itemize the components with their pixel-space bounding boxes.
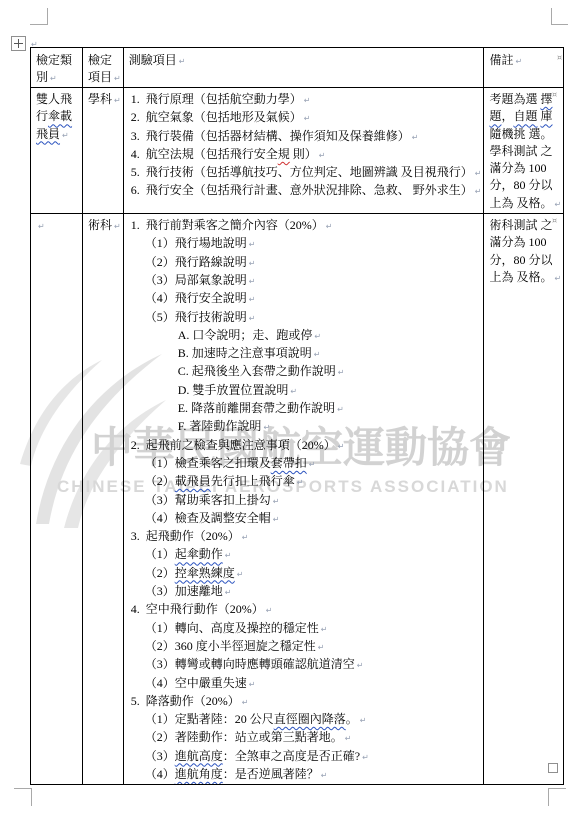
test-item-line: （3）局部氣象說明 xyxy=(129,272,482,290)
test-item-line: 3. 飛行裝備（包括器材結構、操作須知及保養維修） xyxy=(129,128,482,146)
text-segment: ， xyxy=(501,109,513,123)
remark-line: 上為 及格。 xyxy=(489,195,561,213)
remark-line: 分，80 分以 xyxy=(489,177,561,194)
cell-category-practical xyxy=(31,214,83,785)
text-segment: （3）轉彎或轉向時應轉頭確認航道清空 xyxy=(145,657,355,671)
header-label-subject: 檢定項目 xyxy=(83,48,123,87)
test-item-line: 2. 起飛前之檢查與應注意事項（20%） xyxy=(129,437,482,455)
test-item-line: （3）幫助乘客扣上掛勾 xyxy=(129,492,482,510)
misspelled-word: 題 xyxy=(489,109,501,123)
misspelled-word: 控傘熟練度 xyxy=(175,566,235,580)
test-item-line: （1）飛行場地說明 xyxy=(129,235,482,253)
cell-remark-practical: 術科測試 之滿分為 100分，80 分以上為 及格。 xyxy=(484,214,564,785)
row-end-mark: ¤ xyxy=(552,90,557,99)
misspelled-word: 套帶扣 xyxy=(271,456,307,470)
text-segment: （3） xyxy=(145,749,175,763)
test-item-line: （4）空中嚴重失速 xyxy=(129,675,482,693)
remark-text[interactable]: 術科測試 之滿分為 100分，80 分以上為 及格。 xyxy=(484,214,563,287)
text-segment: （2）飛行路線說明 xyxy=(145,255,247,269)
text-segment: 則） xyxy=(290,147,317,161)
test-item-line: （3）轉彎或轉向時應轉頭確認航道清空 xyxy=(129,656,482,674)
text-segment: B. 加速時之注意事項說明 xyxy=(178,346,312,360)
text-segment: （3）加速離地 xyxy=(145,584,223,598)
text-segment: 考題為選 xyxy=(489,92,540,106)
misspelled-word: 起傘動作 xyxy=(175,547,223,561)
text-segment: （3）幫助乘客扣上掛勾 xyxy=(145,493,271,507)
misspelled-word: 飛員 xyxy=(36,127,60,141)
header-cell-test-items: 測驗項目 xyxy=(123,48,484,88)
text-segment: A. 口令說明；走、跑或停 xyxy=(178,328,313,342)
text-segment: （4）飛行安全說明 xyxy=(145,291,247,305)
test-item-line: （2）著陸動作：站立或第三點著地。 xyxy=(129,729,482,747)
text-segment: 分，80 分以 xyxy=(489,178,552,192)
cell-subject-academic: 學科 xyxy=(83,88,124,214)
word-document-page: 中華民國航空運動協會 CHINESE TAIPEI AEROSPORTS ASS… xyxy=(0,0,576,819)
text-segment: 4. 空中飛行動作（20%） xyxy=(131,602,264,616)
text-segment: （1）轉向、高度及操控的穩定性 xyxy=(145,621,319,635)
test-item-line: 1. 飛行前對乘客之簡介內容（20%） xyxy=(129,217,482,235)
text-segment: 。 xyxy=(346,712,358,726)
test-items-text[interactable]: 1. 飛行前對乘客之簡介內容（20%）（1）飛行場地說明（2）飛行路線說明（3）… xyxy=(124,214,484,784)
table-move-handle-icon[interactable] xyxy=(11,36,26,51)
cell-items-academic: 1. 飛行原理（包括航空動力學）2. 航空氣象（包括地形及氣候）3. 飛行裝備（… xyxy=(123,88,484,214)
test-item-line: F. 著陸動作說明 xyxy=(129,418,482,436)
test-item-line: 5. 降落動作（20%） xyxy=(129,693,482,711)
certification-table: 檢定類別 檢定項目 測驗項目 備註 雙人飛行傘載飛員 學科 1. 飛行原理（包括… xyxy=(30,47,564,785)
text-segment: （1）檢查乘客之扣環及 xyxy=(145,456,271,470)
text-segment: 3. 起飛動作（20%） xyxy=(131,529,240,543)
misspelled-word: 自題 xyxy=(513,109,537,123)
text-segment: （4） xyxy=(145,767,175,781)
test-item-line: （4）進航角度：是否逆風著陸？ xyxy=(129,766,482,784)
text-segment: （2）360 度小半徑迴旋之穩定性 xyxy=(145,639,316,653)
test-item-line: （1）定點著陸：20 公尺直徑圈內降落。 xyxy=(129,711,482,729)
header-label-remarks: 備註 xyxy=(484,48,563,71)
text-segment: （2） xyxy=(145,474,175,488)
text-segment: D. 雙手放置位置說明 xyxy=(178,383,289,397)
cell-remark-academic: 考題為選 擇題，自題 庫隨機挑 選。學科測試 之滿分為 100分，80 分以上為… xyxy=(484,88,564,214)
remark-line: 術科測試 之 xyxy=(489,217,561,234)
table-header-row: 檢定類別 檢定項目 測驗項目 備註 xyxy=(31,48,564,88)
subject-text[interactable]: 術科 xyxy=(83,214,123,235)
misspelled-word: 傘載 xyxy=(48,109,72,123)
test-item-line: （1）起傘動作 xyxy=(129,546,482,564)
test-item-line: （5）飛行技術說明 xyxy=(129,309,482,327)
test-item-line: D. 雙手放置位置說明 xyxy=(129,382,482,400)
cell-subject-practical: 術科 xyxy=(83,214,124,785)
text-segment: C. 起飛後坐入套帶之動作說明 xyxy=(178,364,336,378)
text-segment: （4）檢查及調整安全帽 xyxy=(145,511,271,525)
test-item-line: 2. 航空氣象（包括地形及氣候） xyxy=(129,109,482,127)
header-label-category: 檢定類別 xyxy=(31,48,82,87)
margin-corner-mark-top-right xyxy=(551,8,568,25)
test-item-line: （2）控傘熟練度 xyxy=(129,565,482,583)
misspelled-word: 庫 xyxy=(540,109,552,123)
misspelled-word: 載飛員 xyxy=(175,474,211,488)
text-segment: 6. 飛行安全（包括飛行計畫、意外狀況排除、急救、 野外求生） xyxy=(131,183,473,197)
misspelled-word: 直徑圈內降落 xyxy=(274,712,346,726)
remark-line: 滿分為 100 xyxy=(489,234,561,251)
category-text[interactable] xyxy=(31,214,82,235)
test-item-line: 4. 航空法規（包括飛行安全規 則） xyxy=(129,146,482,164)
table-row: 術科 1. 飛行前對乘客之簡介內容（20%）（1）飛行場地說明（2）飛行路線說明… xyxy=(31,214,564,785)
test-item-line: （4）飛行安全說明 xyxy=(129,290,482,308)
test-item-line: 5. 飛行技術（包括導航技巧、方位判定、地圖辨識 及目視飛行） xyxy=(129,164,482,182)
text-segment: 5. 降落動作（20%） xyxy=(131,694,240,708)
remark-line: 分，80 分以 xyxy=(489,252,561,269)
test-item-line: E. 降落前離開套帶之動作說明 xyxy=(129,400,482,418)
remark-line: 考題為選 擇 xyxy=(489,91,561,108)
remark-text[interactable]: 考題為選 擇題，自題 庫隨機挑 選。學科測試 之滿分為 100分，80 分以上為… xyxy=(484,88,563,213)
misspelled-word: 規 xyxy=(278,147,290,161)
misspelled-word: 擇 xyxy=(540,92,552,106)
test-item-line: 6. 飛行安全（包括飛行計畫、意外狀況排除、急救、 野外求生） xyxy=(129,182,482,200)
text-segment: 學科測試 之 xyxy=(489,144,552,158)
test-item-line: （4）檢查及調整安全帽 xyxy=(129,510,482,528)
text-segment: （2）著陸動作：站立或第三點著地。 xyxy=(145,730,343,744)
margin-corner-mark-top-left xyxy=(30,8,48,25)
text-segment: 分，80 分以 xyxy=(489,253,552,267)
cell-items-practical: 1. 飛行前對乘客之簡介內容（20%）（1）飛行場地說明（2）飛行路線說明（3）… xyxy=(123,214,484,785)
text-segment: E. 降落前離開套帶之動作說明 xyxy=(178,401,335,415)
header-cell-subject: 檢定項目 xyxy=(83,48,124,88)
test-item-line: （1）轉向、高度及操控的穩定性 xyxy=(129,620,482,638)
test-item-line: 3. 起飛動作（20%） xyxy=(129,528,482,546)
remark-line: 題，自題 庫 xyxy=(489,108,561,125)
test-items-text[interactable]: 1. 飛行原理（包括航空動力學）2. 航空氣象（包括地形及氣候）3. 飛行裝備（… xyxy=(124,88,484,201)
text-segment: 1. 飛行原理（包括航空動力學） xyxy=(131,92,302,106)
remark-line: 學科測試 之 xyxy=(489,143,561,160)
header-cell-category: 檢定類別 xyxy=(31,48,83,88)
margin-corner-mark-bottom-left xyxy=(14,788,32,806)
row-end-mark: ¤ xyxy=(557,53,562,62)
test-item-line: B. 加速時之注意事項說明 xyxy=(129,345,482,363)
text-segment: （1） xyxy=(145,547,175,561)
test-item-line: （3）加速離地 xyxy=(129,583,482,601)
misspelled-word: 進航高度 xyxy=(175,749,223,763)
text-segment: 5. 飛行技術（包括導航技巧、方位判定、地圖辨識 及目視飛行） xyxy=(131,165,473,179)
header-label-test-items: 測驗項目 xyxy=(124,48,484,71)
text-segment: 1. 飛行前對乘客之簡介內容（20%） xyxy=(131,218,324,232)
text-segment: 3. 飛行裝備（包括器材結構、操作須知及保養維修） xyxy=(131,129,410,143)
row-end-mark: ¤ xyxy=(552,216,557,225)
text-segment: 術科測試 之 xyxy=(489,218,552,232)
text-segment: ：全煞車之高度是否正確? xyxy=(223,749,360,763)
cell-category-academic: 雙人飛行傘載飛員 xyxy=(31,88,83,214)
test-item-line: （2）飛行路線說明 xyxy=(129,254,482,272)
test-item-line: （3）進航高度：全煞車之高度是否正確? xyxy=(129,748,482,766)
table-row: 雙人飛行傘載飛員 學科 1. 飛行原理（包括航空動力學）2. 航空氣象（包括地形… xyxy=(31,88,564,214)
test-item-line: （2）360 度小半徑迴旋之穩定性 xyxy=(129,638,482,656)
test-item-line: （2）載飛員先行扣上飛行傘 xyxy=(129,473,482,491)
test-item-line: A. 口令說明；走、跑或停 xyxy=(129,327,482,345)
subject-text[interactable]: 學科 xyxy=(83,88,123,109)
text-segment: 滿分為 100 xyxy=(489,235,546,249)
test-item-line: （1）檢查乘客之扣環及套帶扣 xyxy=(129,455,482,473)
text-segment: 滿分為 100 xyxy=(489,161,546,175)
margin-corner-mark-bottom-right xyxy=(548,788,566,806)
misspelled-word: 進航角度 xyxy=(175,767,223,781)
text-segment: 先行扣上飛行傘 xyxy=(211,474,295,488)
header-cell-remarks: 備註 xyxy=(484,48,564,88)
text-segment: （3）局部氣象說明 xyxy=(145,273,247,287)
text-segment: F. 著陸動作說明 xyxy=(178,419,262,433)
text-segment: （4）空中嚴重失速 xyxy=(145,676,247,690)
text-segment: 4. 航空法規（包括飛行安全 xyxy=(131,147,278,161)
text-segment: 2. 航空氣象（包括地形及氣候） xyxy=(131,110,302,124)
text-segment: （2） xyxy=(145,566,175,580)
test-item-line: C. 起飛後坐入套帶之動作說明 xyxy=(129,363,482,381)
text-segment: （1）定點著陸：20 公尺 xyxy=(145,712,274,726)
text-segment: 上為 及格。 xyxy=(489,270,552,284)
text-segment: （5）飛行技術說明 xyxy=(145,310,247,324)
text-segment: 上為 及格。 xyxy=(489,196,552,210)
test-item-line: 4. 空中飛行動作（20%） xyxy=(129,601,482,619)
text-segment: 2. 起飛前之檢查與應注意事項（20%） xyxy=(131,438,336,452)
test-item-line: 1. 飛行原理（包括航空動力學） xyxy=(129,91,482,109)
remark-line: 隨機挑 選。 xyxy=(489,126,561,143)
category-text[interactable]: 雙人飛行傘載飛員 xyxy=(31,88,82,144)
table-resize-handle-icon[interactable] xyxy=(548,763,558,773)
text-segment: （1）飛行場地說明 xyxy=(145,236,247,250)
remark-line: 滿分為 100 xyxy=(489,160,561,177)
text-segment: ：是否逆風著陸？ xyxy=(223,767,319,781)
text-segment: 隨機挑 選。 xyxy=(489,127,552,141)
remark-line: 上為 及格。 xyxy=(489,269,561,287)
